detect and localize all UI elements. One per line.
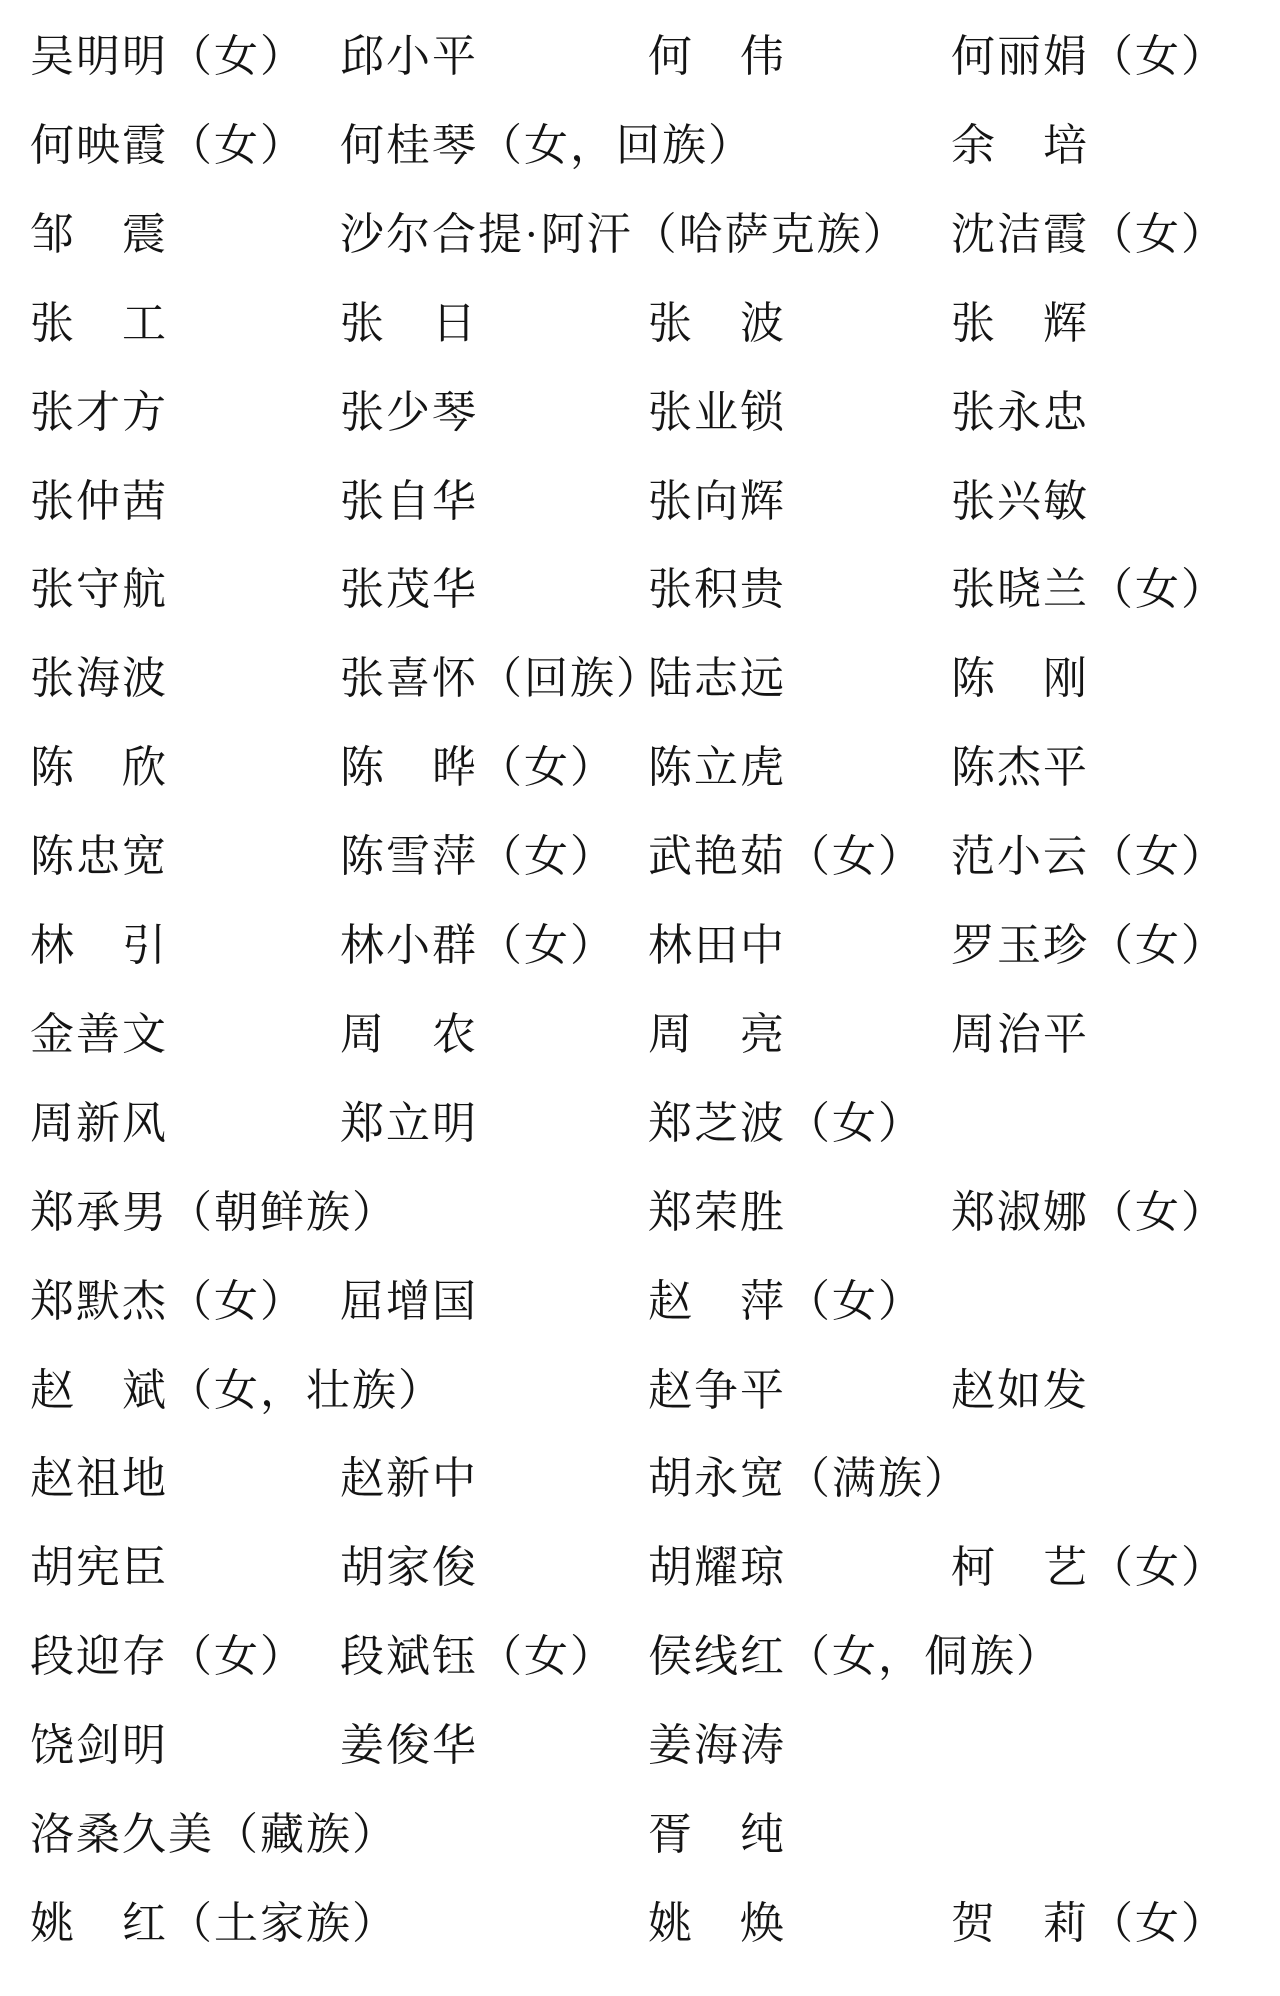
name-entry: 陈 刚: [951, 653, 1089, 705]
name-entry: 张 辉: [951, 298, 1089, 350]
name-entry: 赵争平: [648, 1365, 786, 1417]
name-entry: 张业锁: [648, 387, 786, 439]
name-entry: 沈洁霞（女）: [951, 209, 1227, 261]
name-entry: 何 伟: [648, 31, 786, 83]
name-entry: 胡家俊: [340, 1542, 478, 1594]
name-entry: 邱小平: [340, 31, 478, 83]
name-row: 张海波张喜怀（回族）陆志远陈 刚: [0, 653, 1280, 705]
name-entry: 邹 震: [30, 209, 168, 261]
name-entry: 林 引: [30, 920, 168, 972]
name-entry: 张少琴: [340, 387, 478, 439]
name-entry: 姜海涛: [648, 1720, 786, 1772]
name-entry: 林小群（女）: [340, 920, 616, 972]
name-row: 郑默杰（女）屈增国赵 萍（女）: [0, 1276, 1280, 1328]
name-entry: 郑默杰（女）: [30, 1276, 306, 1328]
name-entry: 姚 焕: [648, 1898, 786, 1950]
name-row: 张仲茜张自华张向辉张兴敏: [0, 476, 1280, 528]
name-entry: 赵新中: [340, 1453, 478, 1505]
name-entry: 武艳茹（女）: [648, 831, 924, 883]
name-entry: 何桂琴（女，回族）: [340, 120, 754, 172]
name-entry: 陈立虎: [648, 742, 786, 794]
name-entry: 周 农: [340, 1009, 478, 1061]
name-entry: 赵祖地: [30, 1453, 168, 1505]
name-row: 邹 震沙尔合提·阿汗（哈萨克族）沈洁霞（女）: [0, 209, 1280, 261]
name-entry: 沙尔合提·阿汗（哈萨克族）: [340, 209, 909, 261]
name-row: 陈 欣陈 晔（女）陈立虎陈杰平: [0, 742, 1280, 794]
name-entry: 胡永宽（满族）: [648, 1453, 970, 1505]
name-entry: 张 工: [30, 298, 168, 350]
name-entry: 张仲茜: [30, 476, 168, 528]
name-entry: 何丽娟（女）: [951, 31, 1227, 83]
name-row: 胡宪臣胡家俊胡耀琼柯 艺（女）: [0, 1542, 1280, 1594]
name-entry: 林田中: [648, 920, 786, 972]
name-entry: 胡宪臣: [30, 1542, 168, 1594]
name-row: 饶剑明姜俊华姜海涛: [0, 1720, 1280, 1772]
name-entry: 陈雪萍（女）: [340, 831, 616, 883]
name-entry: 姚 红（土家族）: [30, 1898, 398, 1950]
name-entry: 张 波: [648, 298, 786, 350]
name-entry: 胡耀琼: [648, 1542, 786, 1594]
name-row: 赵祖地赵新中胡永宽（满族）: [0, 1453, 1280, 1505]
name-row: 张才方张少琴张业锁张永忠: [0, 387, 1280, 439]
name-row: 陈忠宽陈雪萍（女）武艳茹（女）范小云（女）: [0, 831, 1280, 883]
name-entry: 赵 萍（女）: [648, 1276, 924, 1328]
name-entry: 郑立明: [340, 1098, 478, 1150]
name-entry: 赵 斌（女，壮族）: [30, 1365, 444, 1417]
name-entry: 张积贵: [648, 564, 786, 616]
name-row: 何映霞（女）何桂琴（女，回族）余 培: [0, 120, 1280, 172]
name-entry: 张海波: [30, 653, 168, 705]
name-entry: 张守航: [30, 564, 168, 616]
name-row: 张守航张茂华张积贵张晓兰（女）: [0, 564, 1280, 616]
name-entry: 陈 晔（女）: [340, 742, 616, 794]
name-entry: 金善文: [30, 1009, 168, 1061]
name-entry: 罗玉珍（女）: [951, 920, 1227, 972]
name-row: 金善文周 农周 亮周治平: [0, 1009, 1280, 1061]
name-entry: 周 亮: [648, 1009, 786, 1061]
name-entry: 张晓兰（女）: [951, 564, 1227, 616]
name-entry: 柯 艺（女）: [951, 1542, 1227, 1594]
name-entry: 陈忠宽: [30, 831, 168, 883]
name-row: 张 工张 日张 波张 辉: [0, 298, 1280, 350]
name-entry: 张兴敏: [951, 476, 1089, 528]
name-row: 林 引林小群（女）林田中罗玉珍（女）: [0, 920, 1280, 972]
name-row: 吴明明（女）邱小平何 伟何丽娟（女）: [0, 31, 1280, 83]
name-entry: 贺 莉（女）: [951, 1898, 1227, 1950]
name-entry: 吴明明（女）: [30, 31, 306, 83]
name-entry: 张 日: [340, 298, 478, 350]
name-entry: 余 培: [951, 120, 1089, 172]
name-roster-page: 吴明明（女）邱小平何 伟何丽娟（女）何映霞（女）何桂琴（女，回族）余 培邹 震沙…: [0, 0, 1280, 1996]
name-entry: 张喜怀（回族）: [340, 653, 662, 705]
name-entry: 胥 纯: [648, 1809, 786, 1861]
name-entry: 范小云（女）: [951, 831, 1227, 883]
name-entry: 赵如发: [951, 1365, 1089, 1417]
name-entry: 屈增国: [340, 1276, 478, 1328]
name-entry: 饶剑明: [30, 1720, 168, 1772]
name-entry: 侯线红（女，侗族）: [648, 1631, 1062, 1683]
name-entry: 张向辉: [648, 476, 786, 528]
name-entry: 张才方: [30, 387, 168, 439]
name-entry: 张自华: [340, 476, 478, 528]
name-row: 洛桑久美（藏族）胥 纯: [0, 1809, 1280, 1861]
name-entry: 张永忠: [951, 387, 1089, 439]
name-entry: 洛桑久美（藏族）: [30, 1809, 398, 1861]
name-entry: 段斌钰（女）: [340, 1631, 616, 1683]
name-row: 赵 斌（女，壮族）赵争平赵如发: [0, 1365, 1280, 1417]
name-entry: 张茂华: [340, 564, 478, 616]
name-entry: 段迎存（女）: [30, 1631, 306, 1683]
name-row: 郑承男（朝鲜族）郑荣胜郑淑娜（女）: [0, 1187, 1280, 1239]
name-entry: 何映霞（女）: [30, 120, 306, 172]
name-entry: 周新风: [30, 1098, 168, 1150]
name-entry: 姜俊华: [340, 1720, 478, 1772]
name-row: 段迎存（女）段斌钰（女）侯线红（女，侗族）: [0, 1631, 1280, 1683]
name-entry: 周治平: [951, 1009, 1089, 1061]
name-entry: 郑芝波（女）: [648, 1098, 924, 1150]
name-entry: 郑淑娜（女）: [951, 1187, 1227, 1239]
name-entry: 陈 欣: [30, 742, 168, 794]
name-entry: 郑荣胜: [648, 1187, 786, 1239]
name-entry: 郑承男（朝鲜族）: [30, 1187, 398, 1239]
name-entry: 陈杰平: [951, 742, 1089, 794]
name-row: 姚 红（土家族）姚 焕贺 莉（女）: [0, 1898, 1280, 1950]
name-row: 周新风郑立明郑芝波（女）: [0, 1098, 1280, 1150]
name-entry: 陆志远: [648, 653, 786, 705]
